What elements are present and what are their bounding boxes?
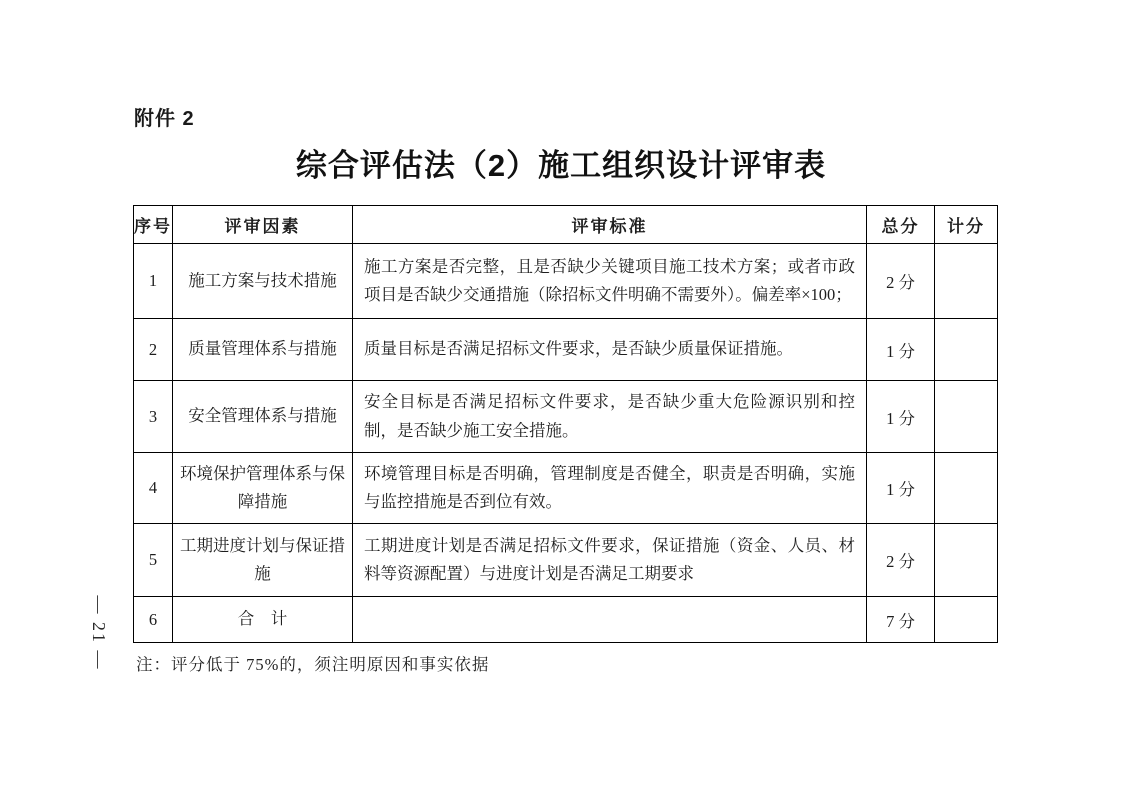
footnote: 注：评分低于 75%的，须注明原因和事实依据 <box>136 651 489 675</box>
attachment-label: 附件 2 <box>134 102 195 131</box>
header-cell-total: 总分 <box>867 206 935 244</box>
cell-factor: 质量管理体系与措施 <box>173 319 353 381</box>
cell-total: 1 分 <box>867 453 935 524</box>
cell-total: 2 分 <box>867 524 935 597</box>
cell-factor: 环境保护管理体系与保障措施 <box>173 453 353 524</box>
page-number: — 21 — <box>87 573 109 693</box>
header-cell-score: 计分 <box>935 206 998 244</box>
cell-score <box>935 453 998 524</box>
cell-no: 4 <box>134 453 173 524</box>
table-row: 5 工期进度计划与保证措施 工期进度计划是否满足招标文件要求，保证措施（资金、人… <box>134 524 998 597</box>
cell-total: 1 分 <box>867 319 935 381</box>
cell-score <box>935 244 998 319</box>
cell-total: 2 分 <box>867 244 935 319</box>
cell-score <box>935 319 998 381</box>
table-row: 4 环境保护管理体系与保障措施 环境管理目标是否明确，管理制度是否健全，职责是否… <box>134 453 998 524</box>
table-row: 2 质量管理体系与措施 质量目标是否满足招标文件要求，是否缺少质量保证措施。 1… <box>134 319 998 381</box>
cell-factor: 施工方案与技术措施 <box>173 244 353 319</box>
cell-factor: 合 计 <box>173 597 353 643</box>
cell-no: 3 <box>134 381 173 453</box>
cell-criteria: 安全目标是否满足招标文件要求，是否缺少重大危险源识别和控制，是否缺少施工安全措施… <box>353 381 867 453</box>
table-row: 1 施工方案与技术措施 施工方案是否完整，且是否缺少关键项目施工技术方案；或者市… <box>134 244 998 319</box>
cell-score <box>935 524 998 597</box>
header-cell-criteria: 评审标准 <box>353 206 867 244</box>
cell-criteria: 施工方案是否完整，且是否缺少关键项目施工技术方案；或者市政项目是否缺少交通措施（… <box>353 244 867 319</box>
cell-no: 1 <box>134 244 173 319</box>
page-title: 综合评估法（2）施工组织设计评审表 <box>0 140 1122 185</box>
cell-no: 2 <box>134 319 173 381</box>
table-header-row: 序号 评审因素 评审标准 总分 计分 <box>134 206 998 244</box>
cell-no: 6 <box>134 597 173 643</box>
table-row: 3 安全管理体系与措施 安全目标是否满足招标文件要求，是否缺少重大危险源识别和控… <box>134 381 998 453</box>
table-row: 6 合 计 7 分 <box>134 597 998 643</box>
cell-score <box>935 381 998 453</box>
document-page: 附件 2 综合评估法（2）施工组织设计评审表 — 21 — 序号 评审因素 评审… <box>0 0 1122 793</box>
cell-criteria: 工期进度计划是否满足招标文件要求，保证措施（资金、人员、材料等资源配置）与进度计… <box>353 524 867 597</box>
cell-factor: 工期进度计划与保证措施 <box>173 524 353 597</box>
header-cell-factor: 评审因素 <box>173 206 353 244</box>
header-cell-no: 序号 <box>134 206 173 244</box>
cell-no: 5 <box>134 524 173 597</box>
cell-criteria <box>353 597 867 643</box>
cell-score <box>935 597 998 643</box>
cell-total: 7 分 <box>867 597 935 643</box>
cell-criteria: 环境管理目标是否明确，管理制度是否健全，职责是否明确，实施与监控措施是否到位有效… <box>353 453 867 524</box>
review-table: 序号 评审因素 评审标准 总分 计分 1 施工方案与技术措施 施工方案是否完整，… <box>133 205 998 643</box>
cell-total: 1 分 <box>867 381 935 453</box>
cell-factor: 安全管理体系与措施 <box>173 381 353 453</box>
cell-criteria: 质量目标是否满足招标文件要求，是否缺少质量保证措施。 <box>353 319 867 381</box>
